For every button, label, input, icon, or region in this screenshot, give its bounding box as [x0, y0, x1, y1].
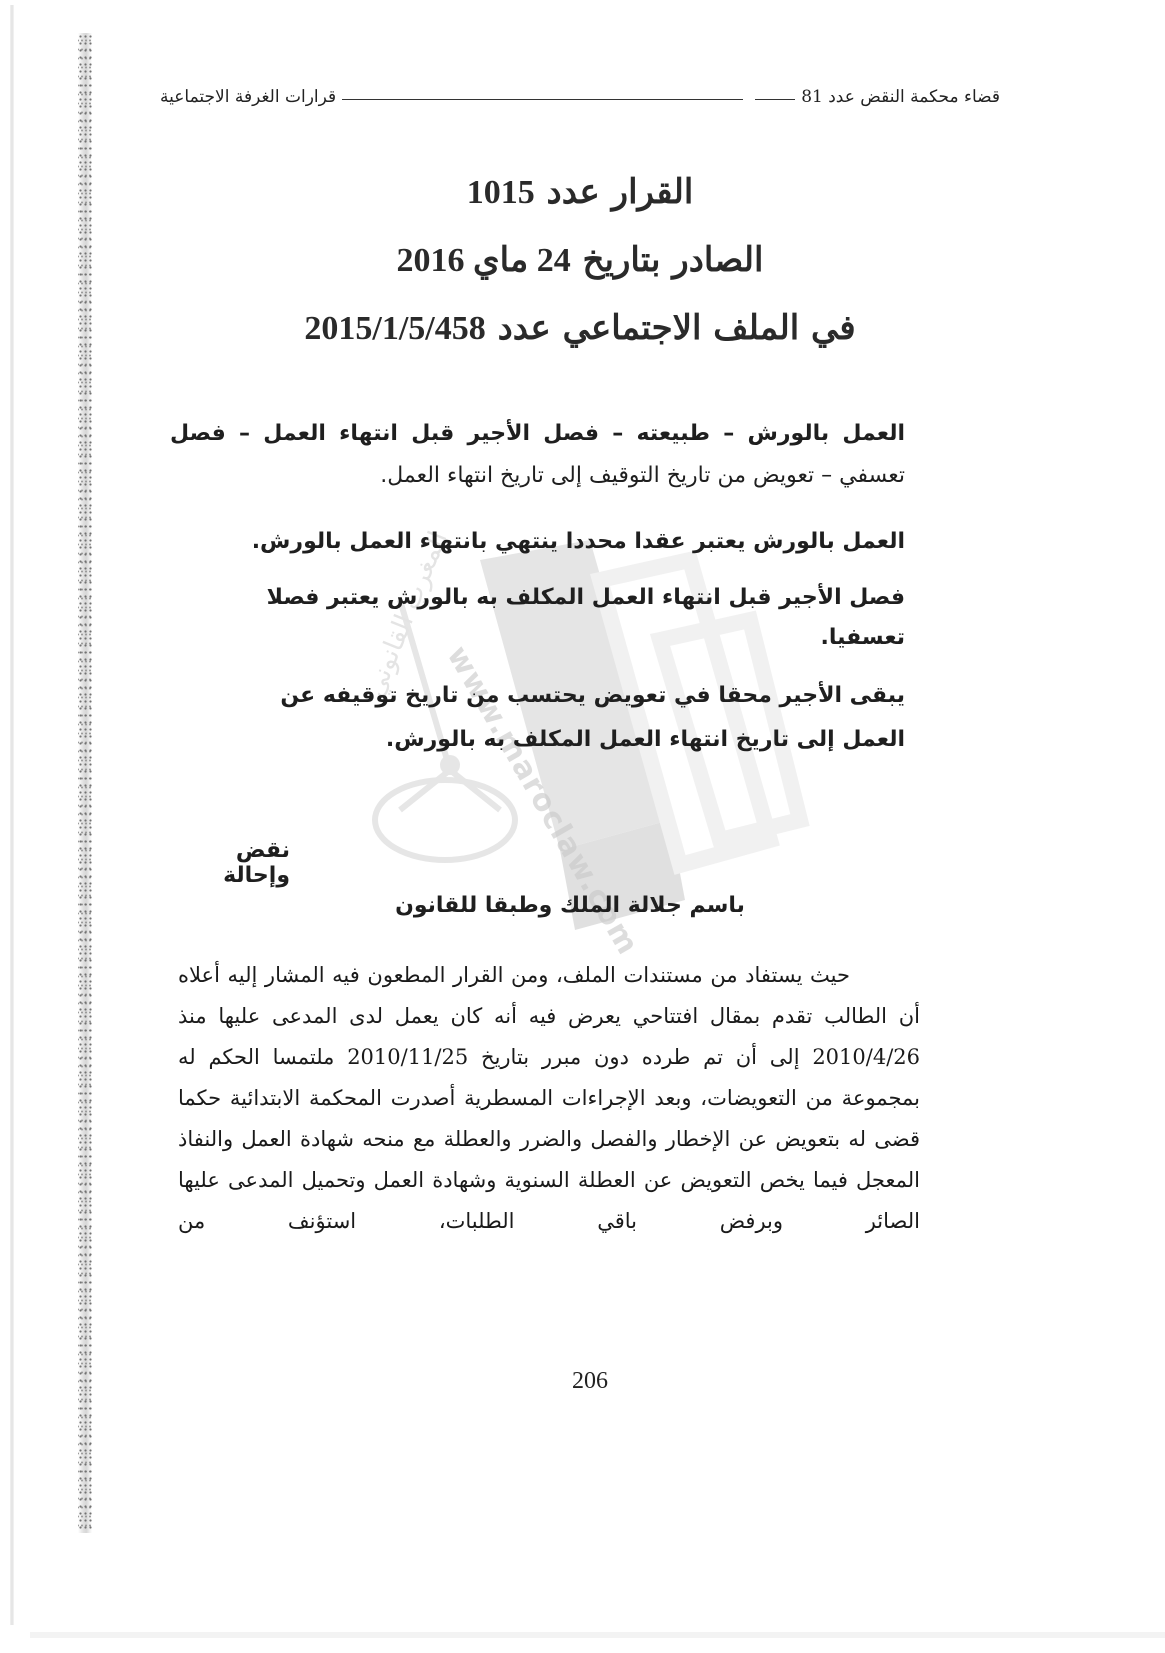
header-section-title: قرارات الغرفة الاجتماعية [160, 87, 336, 107]
header-rule [755, 99, 795, 100]
principle-item: يبقى الأجير محقا في تعويض يحتسب من تاريخ… [215, 674, 905, 762]
decision-date-line: الصادر بتاريخ 24 ماي 2016 [260, 226, 900, 294]
header-journal-title: قضاء محكمة النقض عدد 81 [801, 87, 1000, 107]
keywords-line-2: تعسفي – تعويض من تاريخ التوقيف إلى تاريخ… [170, 456, 905, 496]
page-number: 206 [540, 1368, 640, 1395]
scan-binding-artifact [78, 33, 92, 1533]
principle-item: فصل الأجير قبل انتهاء العمل المكلف به با… [215, 578, 905, 658]
scan-edge-line [10, 5, 14, 1625]
case-file-line: في الملف الاجتماعي عدد 2015/1/5/458 [260, 294, 900, 362]
decision-date: 24 ماي 2016 [397, 242, 571, 279]
decision-title: القرار عدد 1015 الصادر بتاريخ 24 ماي 201… [260, 158, 900, 362]
decision-body: حيث يستفاد من مستندات الملف، ومن القرار … [178, 955, 920, 1242]
scan-bottom-edge [30, 1632, 1165, 1638]
keywords-summary: العمل بالورش – طبيعته – فصل الأجير قبل ا… [170, 412, 905, 496]
header-rule-long [342, 99, 743, 100]
royal-invocation: باسم جلالة الملك وطبقا للقانون [300, 893, 840, 918]
body-paragraph: حيث يستفاد من مستندات الملف، ومن القرار … [178, 955, 920, 1242]
principle-item: العمل بالورش يعتبر عقدا محددا ينتهي بانت… [215, 522, 905, 562]
decision-number: 1015 [467, 174, 535, 211]
verdict-label: نقض وإحالة [170, 838, 290, 888]
keywords-line-1: العمل بالورش – طبيعته – فصل الأجير قبل ا… [170, 412, 905, 456]
case-file-number: 2015/1/5/458 [304, 310, 485, 347]
running-header: قضاء محكمة النقض عدد 81 قرارات الغرفة ال… [160, 82, 1000, 112]
decision-number-line: القرار عدد 1015 [260, 158, 900, 226]
legal-principles: العمل بالورش يعتبر عقدا محددا ينتهي بانت… [215, 522, 905, 778]
